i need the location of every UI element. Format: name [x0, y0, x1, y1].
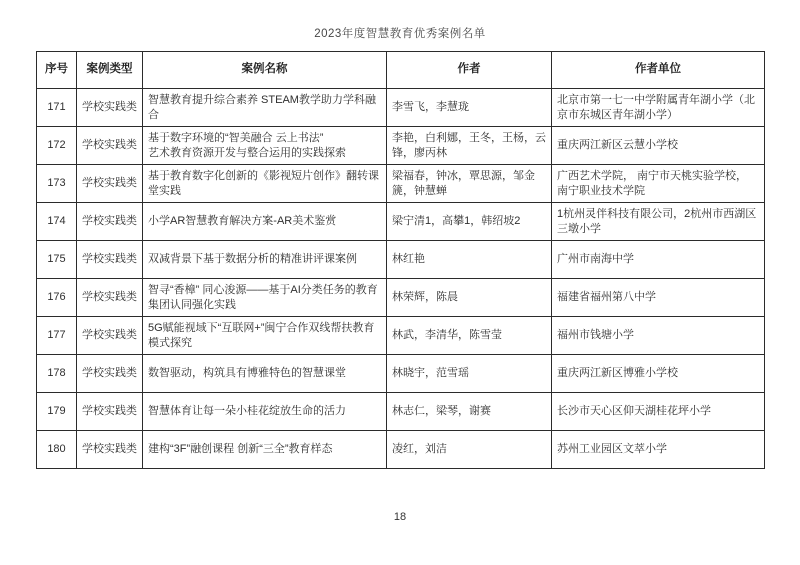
cell-authors: 李艳，白利娜，王冬，王杨，云锋，廖丙林: [387, 127, 552, 165]
document-title: 2023年度智慧教育优秀案例名单: [0, 25, 800, 41]
cell-case-type: 学校实践类: [77, 317, 143, 355]
cell-author-org: 重庆两江新区博雅小学校: [552, 355, 765, 393]
cell-case-type: 学校实践类: [77, 203, 143, 241]
cell-case-name: 小学AR智慧教育解决方案-AR美术鉴赏: [143, 203, 387, 241]
cell-author-org: 重庆两江新区云慧小学校: [552, 127, 765, 165]
cell-case-type: 学校实践类: [77, 279, 143, 317]
document-page: 2023年度智慧教育优秀案例名单 序号 案例类型 案例名称 作者 作者单位 17…: [0, 0, 800, 565]
cell-serial-number: 172: [37, 127, 77, 165]
cell-authors: 林志仁，梁琴，谢赛: [387, 393, 552, 431]
table-row: 179 学校实践类 智慧体育让每一朵小桂花绽放生命的活力 林志仁，梁琴，谢赛 长…: [37, 393, 765, 431]
cell-authors: 梁福春，钟冰，覃思源，邹金篪，钟慧蝉: [387, 165, 552, 203]
table-header: 序号 案例类型 案例名称 作者 作者单位: [37, 52, 765, 89]
table-row: 173 学校实践类 基于教育数字化创新的《影视短片创作》翻转课堂实践 梁福春，钟…: [37, 165, 765, 203]
cell-case-type: 学校实践类: [77, 165, 143, 203]
cell-case-type: 学校实践类: [77, 89, 143, 127]
cell-case-name: 双减背景下基于数据分析的精准讲评课案例: [143, 241, 387, 279]
cell-case-type: 学校实践类: [77, 127, 143, 165]
cell-author-org: 福州市钱塘小学: [552, 317, 765, 355]
table-row: 178 学校实践类 数智驱动，构筑具有博雅特色的智慧课堂 林晓宇，范雪瑶 重庆两…: [37, 355, 765, 393]
table-row: 180 学校实践类 建构“3F”融创课程 创新“三全”教育样态 凌红，刘洁 苏州…: [37, 431, 765, 469]
cell-authors: 李雪飞，李慧珑: [387, 89, 552, 127]
cell-case-type: 学校实践类: [77, 241, 143, 279]
cell-author-org: 长沙市天心区仰天湖桂花坪小学: [552, 393, 765, 431]
cell-author-org: 北京市第一七一中学附属青年湖小学（北京市东城区青年湖小学）: [552, 89, 765, 127]
cell-author-org: 广州市南海中学: [552, 241, 765, 279]
cell-case-type: 学校实践类: [77, 355, 143, 393]
cell-authors: 林荣辉，陈晨: [387, 279, 552, 317]
cell-author-org: 1杭州灵伴科技有限公司，2杭州市西湖区三墩小学: [552, 203, 765, 241]
cell-case-name: 基于教育数字化创新的《影视短片创作》翻转课堂实践: [143, 165, 387, 203]
header-row: 序号 案例类型 案例名称 作者 作者单位: [37, 52, 765, 89]
cell-authors: 林晓宇，范雪瑶: [387, 355, 552, 393]
cell-case-name: 基于数字环境的“智美融合 云上书法” 艺术教育资源开发与整合运用的实践探索: [143, 127, 387, 165]
cell-serial-number: 178: [37, 355, 77, 393]
cell-serial-number: 179: [37, 393, 77, 431]
cell-case-name: 智慧教育提升综合素养 STEAM教学助力学科融合: [143, 89, 387, 127]
cell-case-name: 数智驱动，构筑具有博雅特色的智慧课堂: [143, 355, 387, 393]
header-cell-authors: 作者: [387, 52, 552, 89]
cell-case-name: 智慧体育让每一朵小桂花绽放生命的活力: [143, 393, 387, 431]
cell-serial-number: 180: [37, 431, 77, 469]
cell-serial-number: 174: [37, 203, 77, 241]
cell-serial-number: 176: [37, 279, 77, 317]
cell-authors: 梁宁清1，高攀1，韩绍坡2: [387, 203, 552, 241]
cell-serial-number: 171: [37, 89, 77, 127]
table-row: 175 学校实践类 双减背景下基于数据分析的精准讲评课案例 林红艳 广州市南海中…: [37, 241, 765, 279]
cell-author-org: 福建省福州第八中学: [552, 279, 765, 317]
table-row: 174 学校实践类 小学AR智慧教育解决方案-AR美术鉴赏 梁宁清1，高攀1，韩…: [37, 203, 765, 241]
cell-author-org: 苏州工业园区文萃小学: [552, 431, 765, 469]
cell-case-name: 智寻“香樟” 同心浚源——基于AI分类任务的教育集团认同强化实践: [143, 279, 387, 317]
header-cell-case-type: 案例类型: [77, 52, 143, 89]
cell-case-type: 学校实践类: [77, 393, 143, 431]
cell-serial-number: 173: [37, 165, 77, 203]
cell-serial-number: 177: [37, 317, 77, 355]
cell-case-name: 建构“3F”融创课程 创新“三全”教育样态: [143, 431, 387, 469]
cases-table: 序号 案例类型 案例名称 作者 作者单位 171 学校实践类 智慧教育提升综合素…: [36, 51, 765, 469]
table-row: 171 学校实践类 智慧教育提升综合素养 STEAM教学助力学科融合 李雪飞，李…: [37, 89, 765, 127]
header-cell-serial: 序号: [37, 52, 77, 89]
page-number: 18: [0, 511, 800, 523]
header-cell-case-name: 案例名称: [143, 52, 387, 89]
table-body: 171 学校实践类 智慧教育提升综合素养 STEAM教学助力学科融合 李雪飞，李…: [37, 89, 765, 469]
cell-author-org: 广西艺术学院， 南宁市天桃实验学校， 南宁职业技术学院: [552, 165, 765, 203]
cell-authors: 凌红，刘洁: [387, 431, 552, 469]
cell-serial-number: 175: [37, 241, 77, 279]
table-row: 172 学校实践类 基于数字环境的“智美融合 云上书法” 艺术教育资源开发与整合…: [37, 127, 765, 165]
cell-authors: 林红艳: [387, 241, 552, 279]
cell-case-type: 学校实践类: [77, 431, 143, 469]
cell-case-name: 5G赋能视域下“互联网+”闽宁合作双线帮扶教育模式探究: [143, 317, 387, 355]
table-row: 176 学校实践类 智寻“香樟” 同心浚源——基于AI分类任务的教育集团认同强化…: [37, 279, 765, 317]
header-cell-author-org: 作者单位: [552, 52, 765, 89]
table-row: 177 学校实践类 5G赋能视域下“互联网+”闽宁合作双线帮扶教育模式探究 林武…: [37, 317, 765, 355]
cell-authors: 林武，李清华，陈雪莹: [387, 317, 552, 355]
